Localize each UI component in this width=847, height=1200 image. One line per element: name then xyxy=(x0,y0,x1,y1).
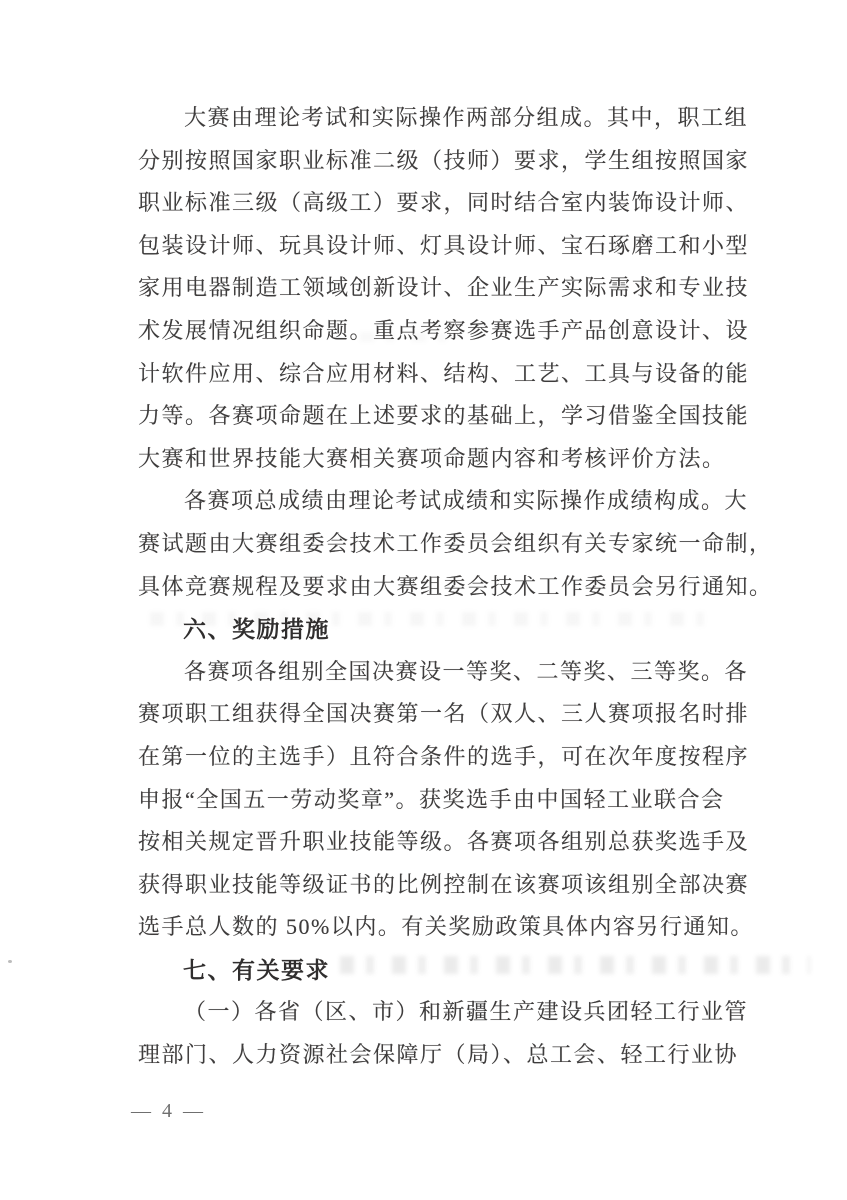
body-text-line: 具体竞赛规程及要求由大赛组委会技术工作委员会另行通知。 xyxy=(138,566,818,609)
body-text-line: 获得职业技能等级证书的比例控制在该赛项该组别全部决赛 xyxy=(138,864,818,907)
scan-speck-artifact xyxy=(8,960,12,963)
section-heading: 六、奖励措施 xyxy=(138,608,818,651)
body-text-line: 计软件应用、综合应用材料、结构、工艺、工具与设备的能 xyxy=(138,353,818,396)
body-text-line: 术发展情况组织命题。重点考察参赛选手产品创意设计、设 xyxy=(138,310,818,353)
page-number: — 4 — xyxy=(131,1100,206,1123)
body-text-line: 赛试题由大赛组委会技术工作委员会组织有关专家统一命制， xyxy=(138,523,818,566)
body-text-line: 各赛项各组别全国决赛设一等奖、二等奖、三等奖。各 xyxy=(138,651,818,694)
body-text-line: 在第一位的主选手）且符合条件的选手，可在次年度按程序 xyxy=(138,736,818,779)
scanned-document-page: 大赛由理论考试和实际操作两部分组成。其中，职工组分别按照国家职业标准二级（技师）… xyxy=(0,0,847,1200)
body-text-line: 申报“全国五一劳动奖章”。获奖选手由中国轻工业联合会 xyxy=(138,779,818,822)
body-text-line: 包装设计师、玩具设计师、灯具设计师、宝石琢磨工和小型 xyxy=(138,225,818,268)
body-text-line: 分别按照国家职业标准二级（技师）要求，学生组按照国家 xyxy=(138,140,818,183)
body-text-line: 力等。各赛项命题在上述要求的基础上，学习借鉴全国技能 xyxy=(138,395,818,438)
body-text-line: （一）各省（区、市）和新疆生产建设兵团轻工行业管 xyxy=(138,991,818,1034)
body-text-line: 赛项职工组获得全国决赛第一名（双人、三人赛项报名时排 xyxy=(138,693,818,736)
body-text-line: 按相关规定晋升职业技能等级。各赛项各组别总获奖选手及 xyxy=(138,821,818,864)
section-heading: 七、有关要求 xyxy=(138,949,818,992)
body-text-line: 选手总人数的 50%以内。有关奖励政策具体内容另行通知。 xyxy=(138,906,818,949)
body-text-line: 职业标准三级（高级工）要求，同时结合室内装饰设计师、 xyxy=(138,182,818,225)
body-text-line: 大赛和世界技能大赛相关赛项命题内容和考核评价方法。 xyxy=(138,438,818,481)
body-text-line: 大赛由理论考试和实际操作两部分组成。其中，职工组 xyxy=(138,97,818,140)
body-text-line: 理部门、人力资源社会保障厅（局）、总工会、轻工行业协 xyxy=(138,1034,818,1077)
body-text-line: 家用电器制造工领域创新设计、企业生产实际需求和专业技 xyxy=(138,267,818,310)
body-text-line: 各赛项总成绩由理论考试成绩和实际操作成绩构成。大 xyxy=(138,480,818,523)
document-body: 大赛由理论考试和实际操作两部分组成。其中，职工组分别按照国家职业标准二级（技师）… xyxy=(138,97,818,1077)
